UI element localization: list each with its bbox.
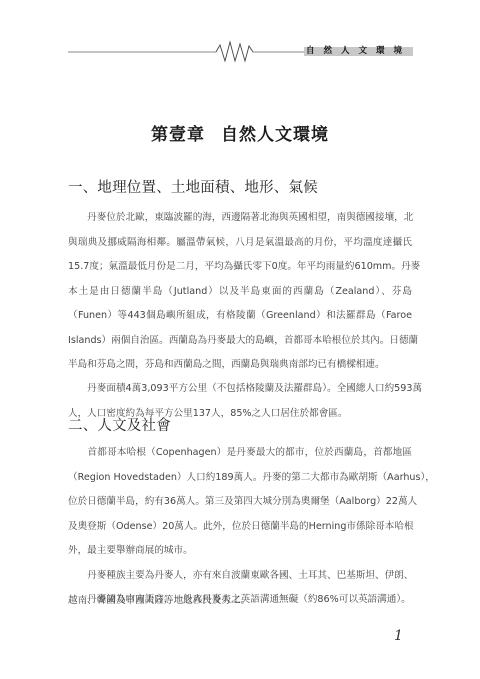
text-line: 首都哥本哈根（Copenhagen）是丹麥最大的都市，位於西蘭島，首都地區 [68,441,412,466]
section-heading-society: 二、人文及社會 [68,414,171,435]
paragraph-cities: 首都哥本哈根（Copenhagen）是丹麥最大的都市，位於西蘭島，首都地區 （R… [68,441,412,564]
text-line: 與瑞典及挪威隔海相鄰。屬溫帶氣候，八月是氣溫最高的月份，平均溫度達攝氏 [68,231,412,256]
text-line: 位於日德蘭半島，約有36萬人。第三及第四大城分別為奧爾堡（Aalborg）22萬… [68,490,412,515]
section-heading-geography: 一、地理位置、土地面積、地形、氣候 [68,176,318,197]
text-line: 15.7度；氣溫最低月份是二月，平均為攝氏零下0度。年平均雨量約610mm。丹麥 [68,255,412,280]
text-line: 半島和芬島之間，芬島和西蘭島之間，西蘭島與瑞典南部均已有橋樑相連。 [68,353,412,378]
running-header: 自然人文環境 [68,36,414,66]
text-line: 丹麥位於北歐，東臨波羅的海，西邊隔著北海與英國相望，南與德國接壤，北 [68,206,412,231]
page-number: 1 [394,628,403,644]
text-line: 丹麥面積4萬3,093平方公里（不包括格陵蘭及法羅群島）。全國總人口約593萬 [68,377,412,402]
text-line: 丹麥語為官方語言，一般人丹麥人之英語溝通無礙（約86%可以英語溝通）。 [68,588,412,613]
chapter-title: 第壹章自然人文環境 [0,120,480,145]
text-line: （Funen）等443個島嶼所組成，有格陵蘭（Greenland）和法羅群島（F… [68,304,412,329]
chapter-name: 自然人文環境 [221,125,329,145]
text-line: 丹麥種族主要為丹麥人，亦有來自波蘭東歐各國、土耳其、巴基斯坦、伊朗、 [68,564,412,589]
chapter-number: 第壹章 [151,125,205,145]
text-line: （Region Hovedstaden）人口約189萬人。丹麥的第二大都市為歐胡… [68,466,412,491]
text-line: 本土是由日德蘭半島（Jutland）以及半島東面的西蘭島（Zealand）、芬島 [68,280,412,305]
running-title: 自然人文環境 [306,44,412,58]
text-line: 外，最主要舉辦商展的城市。 [68,539,412,564]
text-line: 及奧登斯（Odense）20萬人。此外，位於日德蘭半島的Herning市係除哥本… [68,515,412,540]
paragraph-language: 丹麥語為官方語言，一般人丹麥人之英語溝通無礙（約86%可以英語溝通）。 [68,588,412,613]
text-line: Islands）兩個自治區。西蘭島為丹麥最大的島嶼，首都哥本哈根位於其內。日德蘭 [68,329,412,354]
paragraph-geography: 丹麥位於北歐，東臨波羅的海，西邊隔著北海與英國相望，南與德國接壤，北 與瑞典及挪… [68,206,412,378]
